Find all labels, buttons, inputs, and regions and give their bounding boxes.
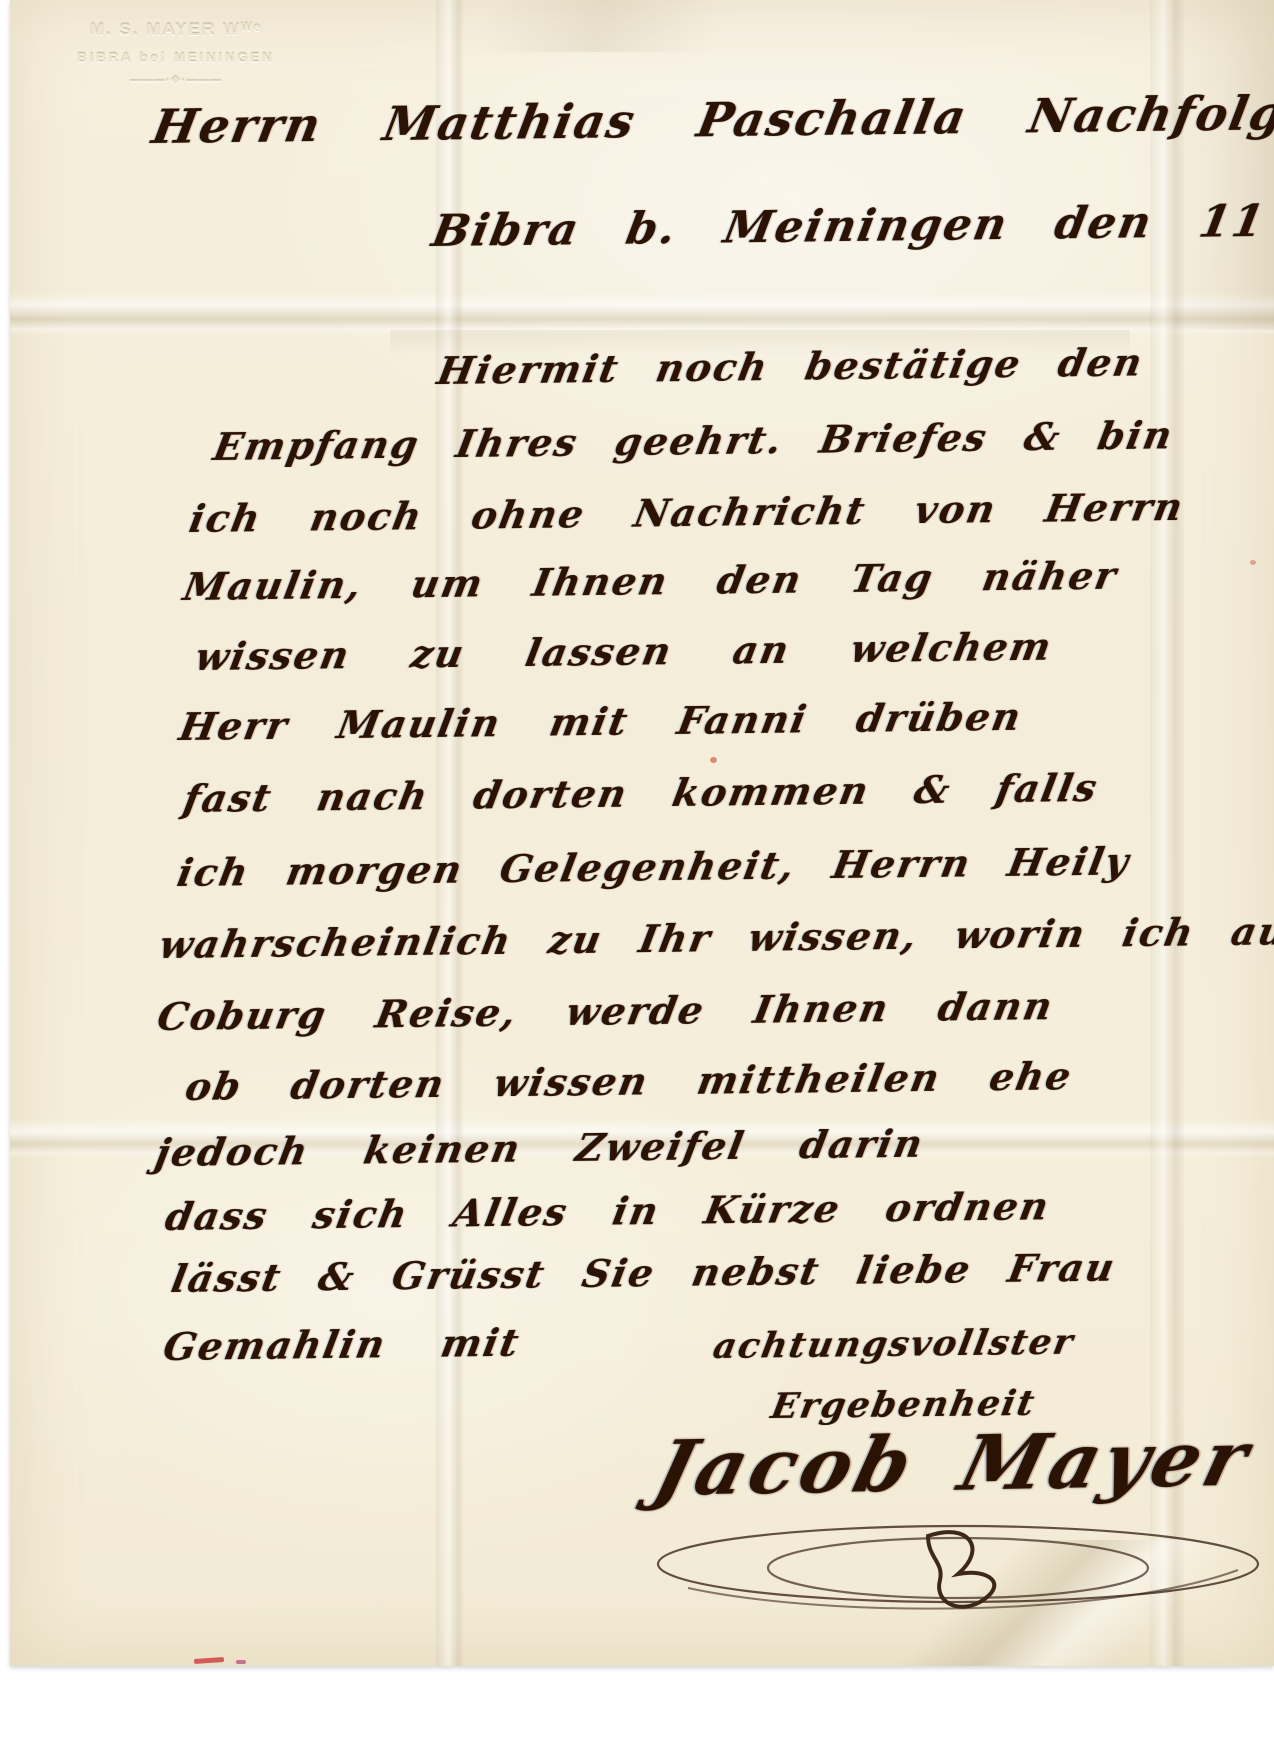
body-line: dass sich Alles in Kürze ordnen (162, 1183, 1054, 1239)
top-wrinkle-shadow (310, 0, 890, 52)
body-line: Gemahlin mit (160, 1320, 524, 1369)
body-line: ob dorten wissen mittheilen ehe (182, 1053, 1076, 1109)
ink-speck (1250, 560, 1256, 565)
body-line: wahrscheinlich zu Ihr wissen, worin ich … (156, 908, 1274, 967)
horizontal-fold-crease-top (10, 292, 1274, 336)
red-mark (194, 1657, 224, 1664)
letterhead-place: BIBRA bei MEININGEN (62, 46, 290, 71)
embossed-letterhead: M. S. MAYER Wᵂᵉ BIBRA bei MEININGEN ———·… (62, 14, 290, 92)
corner-shadow (1154, 0, 1274, 330)
red-mark (236, 1660, 246, 1664)
body-line: Empfang Ihres geehrt. Briefes & bin (210, 412, 1177, 469)
body-line: ich morgen Gelegenheit, Herrn Heily (174, 838, 1134, 895)
letter-paper: M. S. MAYER Wᵂᵉ BIBRA bei MEININGEN ———·… (10, 0, 1274, 1666)
body-line: lässt & Grüsst Sie nebst liebe Frau (168, 1245, 1120, 1301)
body-line: fast nach dorten kommen & falls (180, 765, 1102, 821)
body-line: Hiermit noch bestätige den (434, 339, 1147, 393)
body-line: wissen zu lassen an welchem (192, 624, 1056, 679)
recipient-line: Herrn Matthias Paschalla Nachfolger. (148, 85, 1274, 155)
ink-speck (710, 757, 717, 763)
body-line: Herr Maulin mit Fanni drüben (176, 694, 1026, 749)
letterhead-company-name: M. S. MAYER Wᵂᵉ (62, 14, 290, 46)
dateline: Bibra b. Meiningen den 11 Sept 5 (428, 193, 1274, 257)
signature-flourish (628, 1518, 1268, 1638)
closing-line-1: achtungsvollster (710, 1322, 1078, 1367)
body-line: ich noch ohne Nachricht von Herrn (186, 484, 1188, 541)
body-line: Coburg Reise, werde Ihnen dann (154, 983, 1057, 1039)
signature: Jacob Mayer (646, 1414, 1261, 1513)
body-line: jedoch keinen Zweifel darin (152, 1121, 928, 1175)
letterhead-ornament: ———·❖·——— (62, 71, 290, 92)
scanned-letter-page: { "document": { "type": "handwritten let… (0, 0, 1274, 1746)
body-line: Maulin, um Ihnen den Tag näher (180, 553, 1121, 609)
